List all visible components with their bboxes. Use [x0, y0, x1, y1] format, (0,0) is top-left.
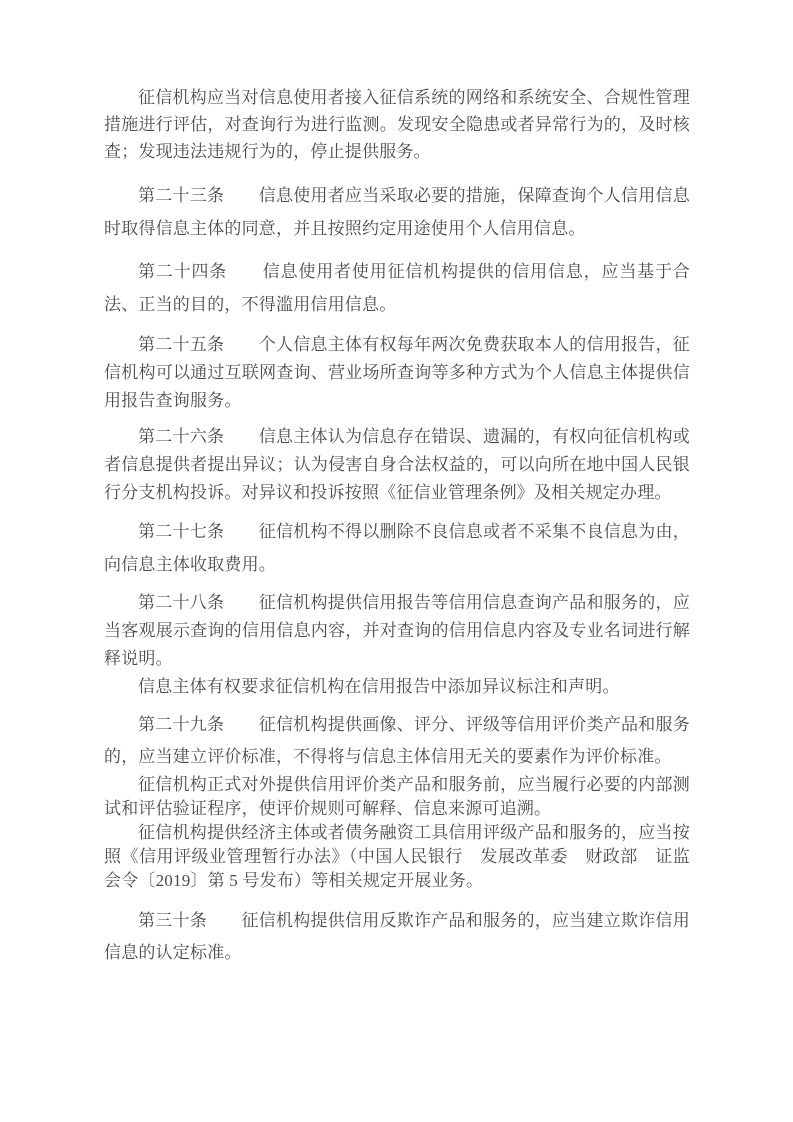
article-30-paragraph: 第三十条 征信机构提供信用反欺诈产品和服务的，应当建立欺诈信用信息的认定标准。 [104, 905, 690, 969]
article-29-paragraph: 第二十九条 征信机构提供画像、评分、评级等信用评价类产品和服务的，应当建立评价标… [104, 709, 690, 773]
document-body: 征信机构应当对信息使用者接入征信系统的网络和系统安全、合规性管理措施进行评估，对… [104, 84, 690, 969]
article-26-paragraph: 第二十六条 信息主体认为信息存在错误、遗漏的，有权向征信机构或者信息提供者提出异… [104, 423, 690, 507]
article-29-subparagraph-1: 征信机构正式对外提供信用评价类产品和服务前，应当履行必要的内部测试和评估验证程序… [104, 773, 690, 821]
article-23-paragraph: 第二十三条 信息使用者应当采取必要的措施，保障查询个人信用信息时取得信息主体的同… [104, 179, 690, 245]
article-27-paragraph: 第二十七条 征信机构不得以删除不良信息或者不采集不良信息为由，向信息主体收取费用… [104, 515, 690, 581]
document-page: 征信机构应当对信息使用者接入征信系统的网络和系统安全、合规性管理措施进行评估，对… [0, 0, 793, 1122]
article-28-paragraph: 第二十八条 征信机构提供信用报告等信用信息查询产品和服务的，应当客观展示查询的信… [104, 589, 690, 673]
article-29-subparagraph-2: 征信机构提供经济主体或者债务融资工具信用评级产品和服务的，应当按照《信用评级业管… [104, 821, 690, 893]
article-24-paragraph: 第二十四条 信息使用者使用征信机构提供的信用信息，应当基于合法、正当的目的，不得… [104, 255, 690, 321]
article-25-paragraph: 第二十五条 个人信息主体有权每年两次免费获取本人的信用报告，征信机构可以通过互联… [104, 331, 690, 415]
intro-paragraph: 征信机构应当对信息使用者接入征信系统的网络和系统安全、合规性管理措施进行评估，对… [104, 84, 690, 165]
article-28-subparagraph: 信息主体有权要求征信机构在信用报告中添加异议标注和声明。 [104, 673, 690, 701]
